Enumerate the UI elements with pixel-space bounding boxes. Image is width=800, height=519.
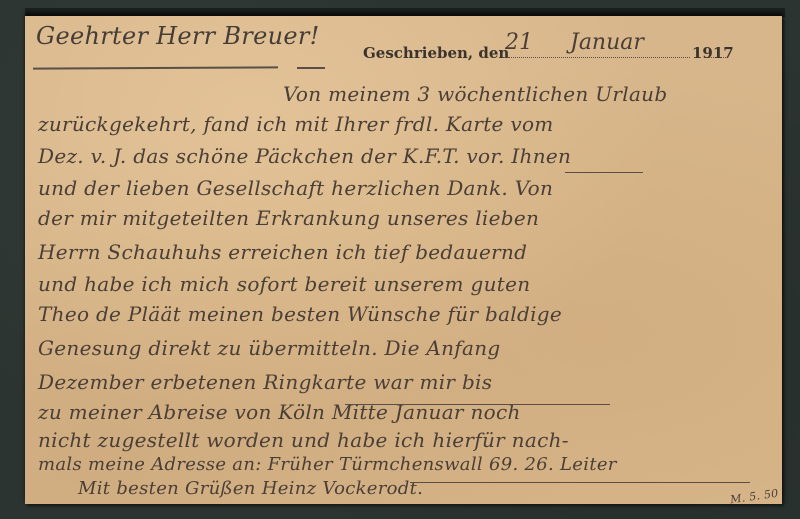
salutation-underline-short: [297, 67, 325, 69]
ringkarte-underline: [345, 404, 610, 405]
body-line-3: Dez. v. J. das schöne Päckchen der K.F.T…: [38, 144, 571, 168]
closing-signature: Mit besten Grüßen Heinz Vockerodt.: [78, 478, 423, 499]
date-day: 21: [505, 30, 533, 55]
body-line-12: nicht zugestellt worden und habe ich hie…: [38, 428, 569, 452]
date-month: Januar: [570, 30, 644, 55]
body-line-1: Von meinem 3 wöchentlichen Urlaub: [283, 82, 667, 106]
date-year: 1917: [692, 44, 734, 62]
body-line-6: Herrn Schauhuhs erreichen ich tief bedau…: [38, 240, 527, 264]
kft-underline: [565, 172, 643, 173]
body-line-5: der mir mitgeteilten Erkrankung unseres …: [38, 206, 539, 230]
body-line-10: Dezember erbetenen Ringkarte war mir bis: [38, 370, 492, 394]
date-dotted-line: [503, 57, 690, 58]
body-line-2: zurückgekehrt, fand ich mit Ihrer frdl. …: [38, 112, 554, 136]
body-line-8: Theo de Pläät meinen besten Wünsche für …: [38, 302, 562, 326]
printed-header: Geschrieben, den: [363, 44, 509, 62]
salutation: Geehrter Herr Breuer!: [36, 22, 320, 50]
body-line-7: und habe ich mich sofort bereit unserem …: [38, 272, 530, 296]
address-underline: [410, 482, 750, 483]
body-line-9: Genesung direkt zu übermitteln. Die Anfa…: [38, 336, 501, 360]
body-line-4: und der lieben Gesellschaft herzlichen D…: [38, 176, 553, 200]
body-line-13: mals meine Adresse an: Früher Türmchensw…: [38, 454, 617, 475]
